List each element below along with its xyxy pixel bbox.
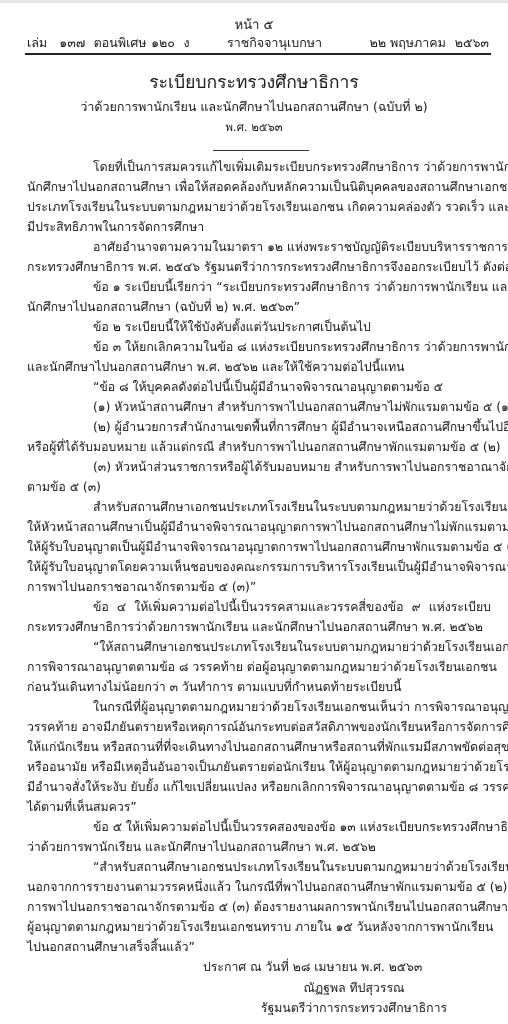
body-line: วรรคท้าย อาจมีภยันตรายหรือเหตุการณ์อันกร…: [27, 717, 491, 737]
body-line: ให้หัวหน้าสถานศึกษาเป็นผู้มีอำนาจพิจารณา…: [27, 517, 491, 537]
body-line: การพาไปนอกราชอาณาจักรตามข้อ ๕ (๓)”: [27, 577, 491, 597]
body-line: และนักศึกษาไปนอกสถานศึกษา พ.ศ. ๒๕๖๒ และใ…: [27, 357, 491, 377]
body-line: ไปนอกสถานศึกษาเสร็จสิ้นแล้ว”: [27, 937, 491, 957]
body-line: ข้อ ๔ ให้เพิ่มความต่อไปนี้เป็นวรรคสามและ…: [27, 597, 491, 617]
gazette-name: ราชกิจจานุเบกษา: [227, 33, 370, 53]
body-line: ประเภทโรงเรียนในระบบตามกฎหมายว่าด้วยโรงเ…: [27, 197, 491, 217]
body-line: “สำหรับสถานศึกษาเอกชนประเภทโรงเรียนในระบ…: [27, 857, 491, 877]
signatory-name: ณัฏฐพล ทีปสุวรรณ: [100, 979, 508, 998]
volume-number: ๑๓๗: [59, 33, 93, 53]
body-line: ให้แก่นักเรียน หรือสถานที่ที่จะเดินทางไป…: [27, 737, 491, 757]
body-line: มีประสิทธิภาพในการจัดการศึกษา: [27, 217, 491, 237]
body-line: กระทรวงศึกษาธิการว่าด้วยการพานักเรียน แล…: [27, 617, 491, 637]
body-line: นอกจากการรายงานตามวรรคหนึ่งแล้ว ในกรณีที…: [27, 877, 491, 897]
body-line: ข้อ ๓ ให้ยกเลิกความในข้อ ๘ แห่งระเบียบกร…: [27, 337, 491, 357]
document-year: พ.ศ. ๒๕๖๓: [0, 119, 508, 137]
title-divider: [213, 150, 309, 151]
body-line: ให้ผู้รับใบอนุญาตเป็นผู้มีอำนาจพิจารณาอน…: [27, 537, 491, 557]
document-body: โดยที่เป็นการสมควรแก้ไขเพิ่มเติมระเบียบก…: [27, 157, 491, 957]
issue-label: ตอนพิเศษ: [94, 33, 151, 53]
body-line: มีอำนาจสั่งให้ระงับ ยับยั้ง แก้ไขเปลี่ยน…: [27, 777, 491, 797]
body-line: ข้อ ๑ ระเบียบนี้เรียกว่า “ระเบียบกระทรวง…: [27, 277, 491, 297]
issue-number: ๑๒๐: [151, 33, 183, 53]
header-rule: [25, 53, 491, 55]
body-line: สำหรับสถานศึกษาเอกชนประเภทโรงเรียนในระบบ…: [27, 497, 491, 517]
signatory-position: รัฐมนตรีว่าการกระทรวงศึกษาธิการ: [100, 999, 508, 1018]
body-line: ข้อ ๒ ระเบียบนี้ให้ใช้บังคับตั้งแต่วันปร…: [27, 317, 491, 337]
body-line: ได้ตามที่เห็นสมควร”: [27, 797, 491, 817]
announcement-date: ประกาศ ณ วันที่ ๒๘ เมษายน พ.ศ. ๒๕๖๓: [203, 958, 503, 977]
body-line: “ให้สถานศึกษาเอกชนประเภทโรงเรียนในระบบตา…: [27, 637, 491, 657]
body-line: โดยที่เป็นการสมควรแก้ไขเพิ่มเติมระเบียบก…: [27, 157, 491, 177]
body-line: กระทรวงศึกษาธิการ พ.ศ. ๒๕๔๖ รัฐมนตรีว่าก…: [27, 257, 491, 277]
body-line: ก่อนวันเดินทางไม่น้อยกว่า ๓ วันทำการ ตาม…: [27, 677, 491, 697]
body-line: ให้ผู้รับใบอนุญาตโดยความเห็นชอบของคณะกรร…: [27, 557, 491, 577]
body-line: ว่าด้วยการพานักเรียน และนักศึกษาไปนอกสถา…: [27, 837, 491, 857]
volume-label: เล่ม: [27, 33, 59, 53]
body-line: การพาไปนอกราชอาณาจักรตามข้อ ๕ (๓) ต้องรา…: [27, 897, 491, 917]
page-top-border: [0, 0, 508, 3]
document-subtitle: ว่าด้วยการพานักเรียน และนักศึกษาไปนอกสถา…: [0, 97, 508, 117]
date-day: ๒๒: [370, 33, 390, 53]
body-line: (๑) หัวหน้าสถานศึกษา สำหรับการพาไปนอกสถา…: [27, 397, 491, 417]
body-line: การพิจารณาอนุญาตตามข้อ ๘ วรรคท้าย ต่อผู้…: [27, 657, 491, 677]
body-line: ในกรณีที่ผู้อนุญาตตามกฎหมายว่าด้วยโรงเรี…: [27, 697, 491, 717]
date-month: พฤษภาคม: [390, 33, 455, 53]
body-line: หรือผู้ที่ได้รับมอบหมาย แล้วแต่กรณี สำหร…: [27, 437, 491, 457]
body-line: (๓) หัวหน้าส่วนราชการหรือผู้ได้รับมอบหมา…: [27, 457, 491, 477]
body-line: อาศัยอำนาจตามความในมาตรา ๑๒ แห่งพระราชบั…: [27, 237, 491, 257]
body-line: นักศึกษาไปนอกสถานศึกษา (ฉบับที่ ๒) พ.ศ. …: [27, 297, 491, 317]
document-title: ระเบียบกระทรวงศึกษาธิการ: [0, 68, 508, 96]
body-line: ข้อ ๕ ให้เพิ่มความต่อไปนี้เป็นวรรคสองของ…: [27, 817, 491, 837]
body-line: ตามข้อ ๕ (๓): [27, 477, 491, 497]
body-line: “ข้อ ๘ ให้บุคคลดังต่อไปนี้เป็นผู้มีอำนาจ…: [27, 377, 491, 397]
body-line: (๒) ผู้อำนวยการสำนักงานเขตพื้นที่การศึกษ…: [27, 417, 491, 437]
page-number: หน้า ๕: [0, 14, 508, 35]
body-line: นักศึกษาไปนอกสถานศึกษา เพื่อให้สอดคล้องก…: [27, 177, 491, 197]
date-year: ๒๕๖๓: [455, 33, 489, 53]
body-line: ผู้อนุญาตตามกฎหมายว่าด้วยโรงเรียนเอกชนทร…: [27, 917, 491, 937]
body-line: หรืออนามัย หรือมีเหตุอื่นอันอาจเป็นภยันต…: [27, 757, 491, 777]
issue-letter: ง: [183, 33, 227, 53]
gazette-header: เล่ม ๑๓๗ ตอนพิเศษ ๑๒๐ ง ราชกิจจานุเบกษา …: [27, 33, 489, 53]
